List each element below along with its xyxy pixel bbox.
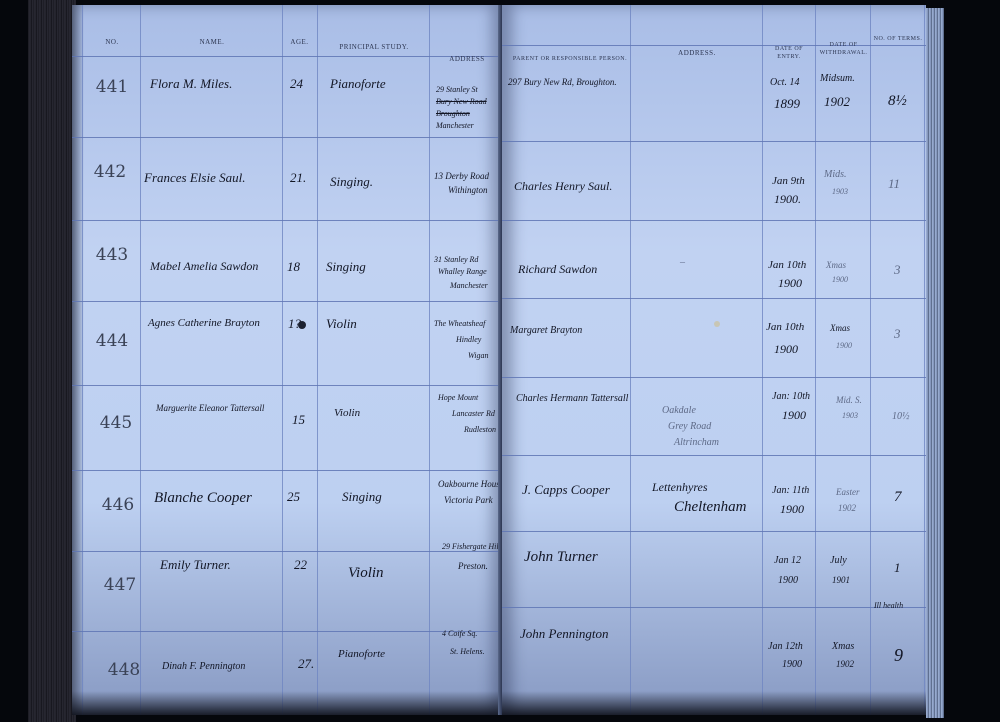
terms-count: 10½ (892, 411, 910, 423)
withdrawal-term: Easter (836, 487, 860, 497)
withdrawal-year: 1900 (836, 341, 852, 350)
parent-name: John Turner (524, 549, 598, 566)
student-name: Flora M. Miles. (150, 77, 232, 92)
withdrawal-term: Mids. (824, 169, 847, 181)
student-age: 27. (298, 657, 314, 672)
register-left-page: No. Name. Age. Principal Study. Address … (72, 5, 502, 715)
entry-number: 444 (82, 331, 142, 351)
page-bottom-shadow (502, 691, 926, 715)
header-age: Age. (282, 38, 317, 46)
student-name: Blanche Cooper (154, 490, 252, 507)
column-rule (317, 5, 318, 715)
principal-study: Singing. (330, 175, 373, 190)
book-page-edges-left (28, 0, 76, 722)
parent-address-line: Oakdale (662, 405, 696, 417)
student-age: 22 (294, 558, 307, 573)
parent-name: Margaret Brayton (510, 325, 582, 337)
column-rule (924, 5, 925, 715)
column-rule (870, 5, 871, 715)
student-address-line: Bury New Road (436, 97, 487, 106)
principal-study: Pianoforte (338, 648, 385, 661)
principal-study: Violin (348, 565, 384, 582)
paper-stain (714, 321, 720, 327)
withdrawal-term: Xmas (830, 323, 850, 333)
entry-date-day: Jan 10th (768, 259, 806, 272)
withdrawal-term: Xmas (826, 260, 846, 270)
row-rule (502, 377, 926, 378)
column-rule (282, 5, 283, 715)
header-date-of-entry: Date of Entry. (764, 45, 814, 61)
student-address-line: 31 Stanley Rd (434, 255, 478, 264)
student-address-line: Hope Mount (438, 393, 478, 402)
student-address-line: Oakbourne House (438, 479, 502, 489)
principal-study: Singing (326, 260, 366, 275)
header-parent-address: Address. (632, 49, 762, 57)
row-rule (502, 607, 926, 608)
header-no: No. (84, 38, 140, 46)
student-address-line: Manchester (436, 121, 474, 130)
student-address-line: 13 Derby Road (434, 171, 489, 181)
student-address-line: Withington (448, 185, 488, 195)
ink-blot (298, 321, 306, 329)
student-address-line: The Wheatsheaf (434, 319, 485, 328)
withdrawal-term: July (830, 555, 847, 567)
withdrawal-note: Ill health (874, 601, 903, 610)
header-name: Name. (142, 38, 282, 46)
withdrawal-year: 1900 (832, 275, 848, 284)
withdrawal-year: 1902 (824, 95, 850, 110)
parent-name: 297 Bury New Rd, Broughton. (508, 77, 617, 87)
student-address-line: Manchester (450, 281, 488, 290)
entry-date-year: 1900 (782, 659, 802, 671)
student-name: Dinah F. Pennington (162, 661, 245, 673)
student-address-line: 29 Stanley St (436, 85, 478, 94)
withdrawal-year: 1903 (832, 187, 848, 196)
withdrawal-term: Xmas (832, 641, 854, 653)
withdrawal-year: 1901 (832, 575, 850, 585)
register-right-page: Parent or Responsible Person. Address. D… (502, 5, 926, 715)
parent-address-line: Grey Road (668, 421, 711, 433)
header-address: Address (432, 55, 502, 63)
entry-date-day: Jan: 11th (772, 485, 809, 497)
withdrawal-year: 1902 (836, 659, 854, 669)
row-rule (72, 631, 502, 632)
parent-name: John Pennington (520, 627, 608, 642)
withdrawal-term: Midsum. (820, 73, 855, 85)
entry-number: 446 (88, 495, 148, 515)
terms-count: 11 (888, 177, 900, 192)
principal-study: Violin (334, 407, 360, 420)
parent-name: Richard Sawdon (518, 263, 597, 277)
column-rule (82, 5, 83, 715)
page-bottom-shadow (72, 691, 502, 715)
principal-study: Pianoforte (330, 77, 386, 92)
entry-date-year: 1900 (774, 343, 798, 357)
entry-number: 442 (80, 162, 140, 182)
student-name: Agnes Catherine Brayton (148, 317, 260, 330)
student-age: 15 (292, 413, 305, 428)
row-rule (502, 141, 926, 142)
entry-date-year: 1900. (774, 193, 801, 207)
book-page-edges-right (926, 8, 944, 718)
student-age: 25 (287, 490, 300, 505)
entry-number: 443 (82, 245, 142, 265)
terms-count: 9 (894, 645, 903, 666)
student-address-line: 29 Fishergate Hill (442, 542, 501, 551)
row-rule (72, 137, 502, 138)
terms-count: 8½ (888, 93, 907, 110)
header-date-of-withdrawal: Date of Withdrawal. (817, 41, 870, 57)
student-address-line: Preston. (458, 561, 488, 571)
header-no-of-terms: No. of Terms. (872, 35, 924, 43)
row-rule (72, 220, 502, 221)
terms-count: 7 (894, 489, 902, 506)
withdrawal-term: Mid. S. (836, 395, 862, 405)
parent-address-line: Altrincham (674, 437, 719, 449)
column-rule (140, 5, 141, 715)
principal-study: Violin (326, 317, 357, 332)
row-rule (72, 470, 502, 471)
header-principal-study: Principal Study. (319, 43, 429, 51)
student-age: 18 (287, 260, 300, 275)
entry-number: 448 (94, 660, 154, 680)
terms-count: 1 (894, 561, 901, 576)
column-rule (815, 5, 816, 715)
parent-name: Charles Henry Saul. (514, 180, 612, 194)
student-address-line: Hindley (456, 335, 481, 344)
student-name: Marguerite Eleanor Tattersall (156, 403, 264, 413)
student-age: 21. (290, 171, 306, 186)
entry-number: 441 (82, 77, 142, 97)
terms-count: 3 (894, 263, 901, 278)
row-rule (502, 298, 926, 299)
entry-date-year: 1900 (778, 277, 802, 291)
row-rule (72, 301, 502, 302)
withdrawal-year: 1902 (838, 503, 856, 513)
parent-address-line: Lettenhyres (652, 481, 708, 495)
parent-address-line: Cheltenham (674, 499, 747, 516)
student-name: Mabel Amelia Sawdon (150, 260, 258, 274)
entry-date-year: 1899 (774, 97, 800, 112)
principal-study: Singing (342, 490, 382, 505)
entry-date-year: 1900 (778, 575, 798, 587)
entry-date-day: Jan 12 (774, 555, 801, 567)
row-rule (72, 385, 502, 386)
student-name: Emily Turner. (160, 558, 231, 573)
entry-number: 447 (90, 575, 150, 595)
parent-name: Charles Hermann Tattersall (516, 393, 628, 405)
entry-date-day: Jan: 10th (772, 391, 810, 403)
row-rule (502, 220, 926, 221)
parent-address: – (680, 257, 685, 269)
column-rule (762, 5, 763, 715)
header-parent: Parent or Responsible Person. (510, 55, 630, 63)
student-address-line: Broughton (436, 109, 470, 118)
row-rule (502, 531, 926, 532)
student-address-line: Lancaster Rd (452, 409, 495, 418)
column-rule (429, 5, 430, 715)
student-address-line: 4 Coife Sq. (442, 629, 477, 638)
entry-number: 445 (86, 413, 146, 433)
parent-name: J. Capps Cooper (522, 483, 610, 498)
entry-date-day: Jan 12th (768, 641, 803, 653)
entry-date-year: 1900 (780, 503, 804, 517)
column-rule (630, 5, 631, 715)
row-rule (502, 455, 926, 456)
entry-date-day: Oct. 14 (770, 77, 799, 89)
entry-date-year: 1900 (782, 409, 806, 423)
row-rule (72, 551, 502, 552)
student-address-line: Whalley Range (438, 267, 487, 276)
entry-date-day: Jan 9th (772, 175, 805, 188)
student-name: Frances Elsie Saul. (144, 171, 245, 186)
student-age: 24 (290, 77, 303, 92)
withdrawal-year: 1903 (842, 411, 858, 420)
student-address-line: Rudleston (464, 425, 496, 434)
terms-count: 3 (894, 327, 901, 342)
student-address-line: Victoria Park (444, 495, 493, 505)
entry-date-day: Jan 10th (766, 321, 804, 334)
student-address-line: Wigan (468, 351, 488, 360)
student-address-line: St. Helens. (450, 647, 484, 656)
